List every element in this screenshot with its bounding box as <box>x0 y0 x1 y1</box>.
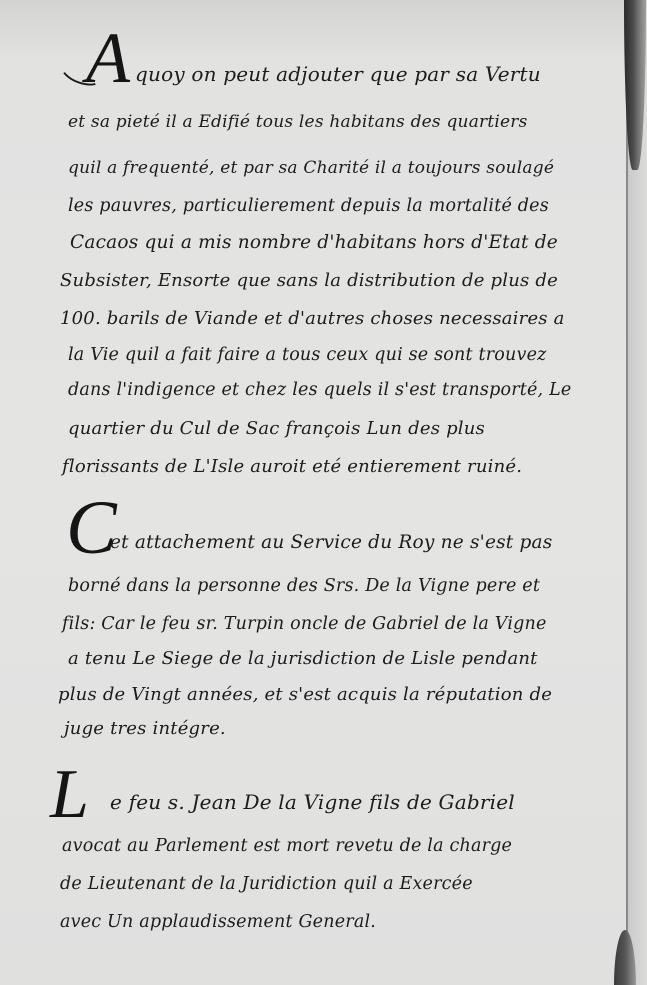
manuscript-line: florissants de L'Isle auroit eté entiere… <box>62 456 522 477</box>
manuscript-line: quil a frequenté, et par sa Charité il a… <box>68 158 554 178</box>
manuscript-line: borné dans la personne des Srs. De la Vi… <box>68 576 540 596</box>
manuscript-line: quartier du Cul de Sac françois Lun des … <box>68 418 485 439</box>
manuscript-line: de Lieutenant de la Juridiction quil a E… <box>60 874 473 894</box>
manuscript-line: et sa pieté il a Edifié tous les habitan… <box>68 112 528 132</box>
manuscript-line: fils: Car le feu sr. Turpin oncle de Gab… <box>62 614 547 634</box>
manuscript-line: e feu s. Jean De la Vigne fils de Gabrie… <box>110 790 515 814</box>
manuscript-line: la Vie quil a fait faire a tous ceux qui… <box>68 345 547 365</box>
manuscript-line: 100. barils de Viande et d'autres choses… <box>60 308 565 329</box>
manuscript-line: a tenu Le Siege de la jurisdiction de Li… <box>68 648 538 669</box>
manuscript-line: les pauvres, particulierement depuis la … <box>68 196 549 216</box>
manuscript-page: A quoy on peut adjouter que par sa Vertu… <box>0 0 628 985</box>
manuscript-line: plus de Vingt années, et s'est acquis la… <box>58 684 552 705</box>
drop-initial-c: C <box>66 490 117 566</box>
manuscript-line: Subsister, Ensorte que sans la distribut… <box>60 270 558 291</box>
manuscript-line: quoy on peut adjouter que par sa Vertu <box>135 62 541 86</box>
manuscript-line: juge tres intégre. <box>64 718 226 739</box>
manuscript-line: dans l'indigence et chez les quels il s'… <box>68 380 571 400</box>
manuscript-line: Cacaos qui a mis nombre d'habitans hors … <box>70 232 558 253</box>
manuscript-line: avec Un applaudissement General. <box>60 912 376 932</box>
manuscript-line: avocat au Parlement est mort revetu de l… <box>62 836 512 856</box>
manuscript-line: et attachement au Service du Roy ne s'es… <box>110 532 552 553</box>
drop-initial-l: L <box>50 760 89 830</box>
